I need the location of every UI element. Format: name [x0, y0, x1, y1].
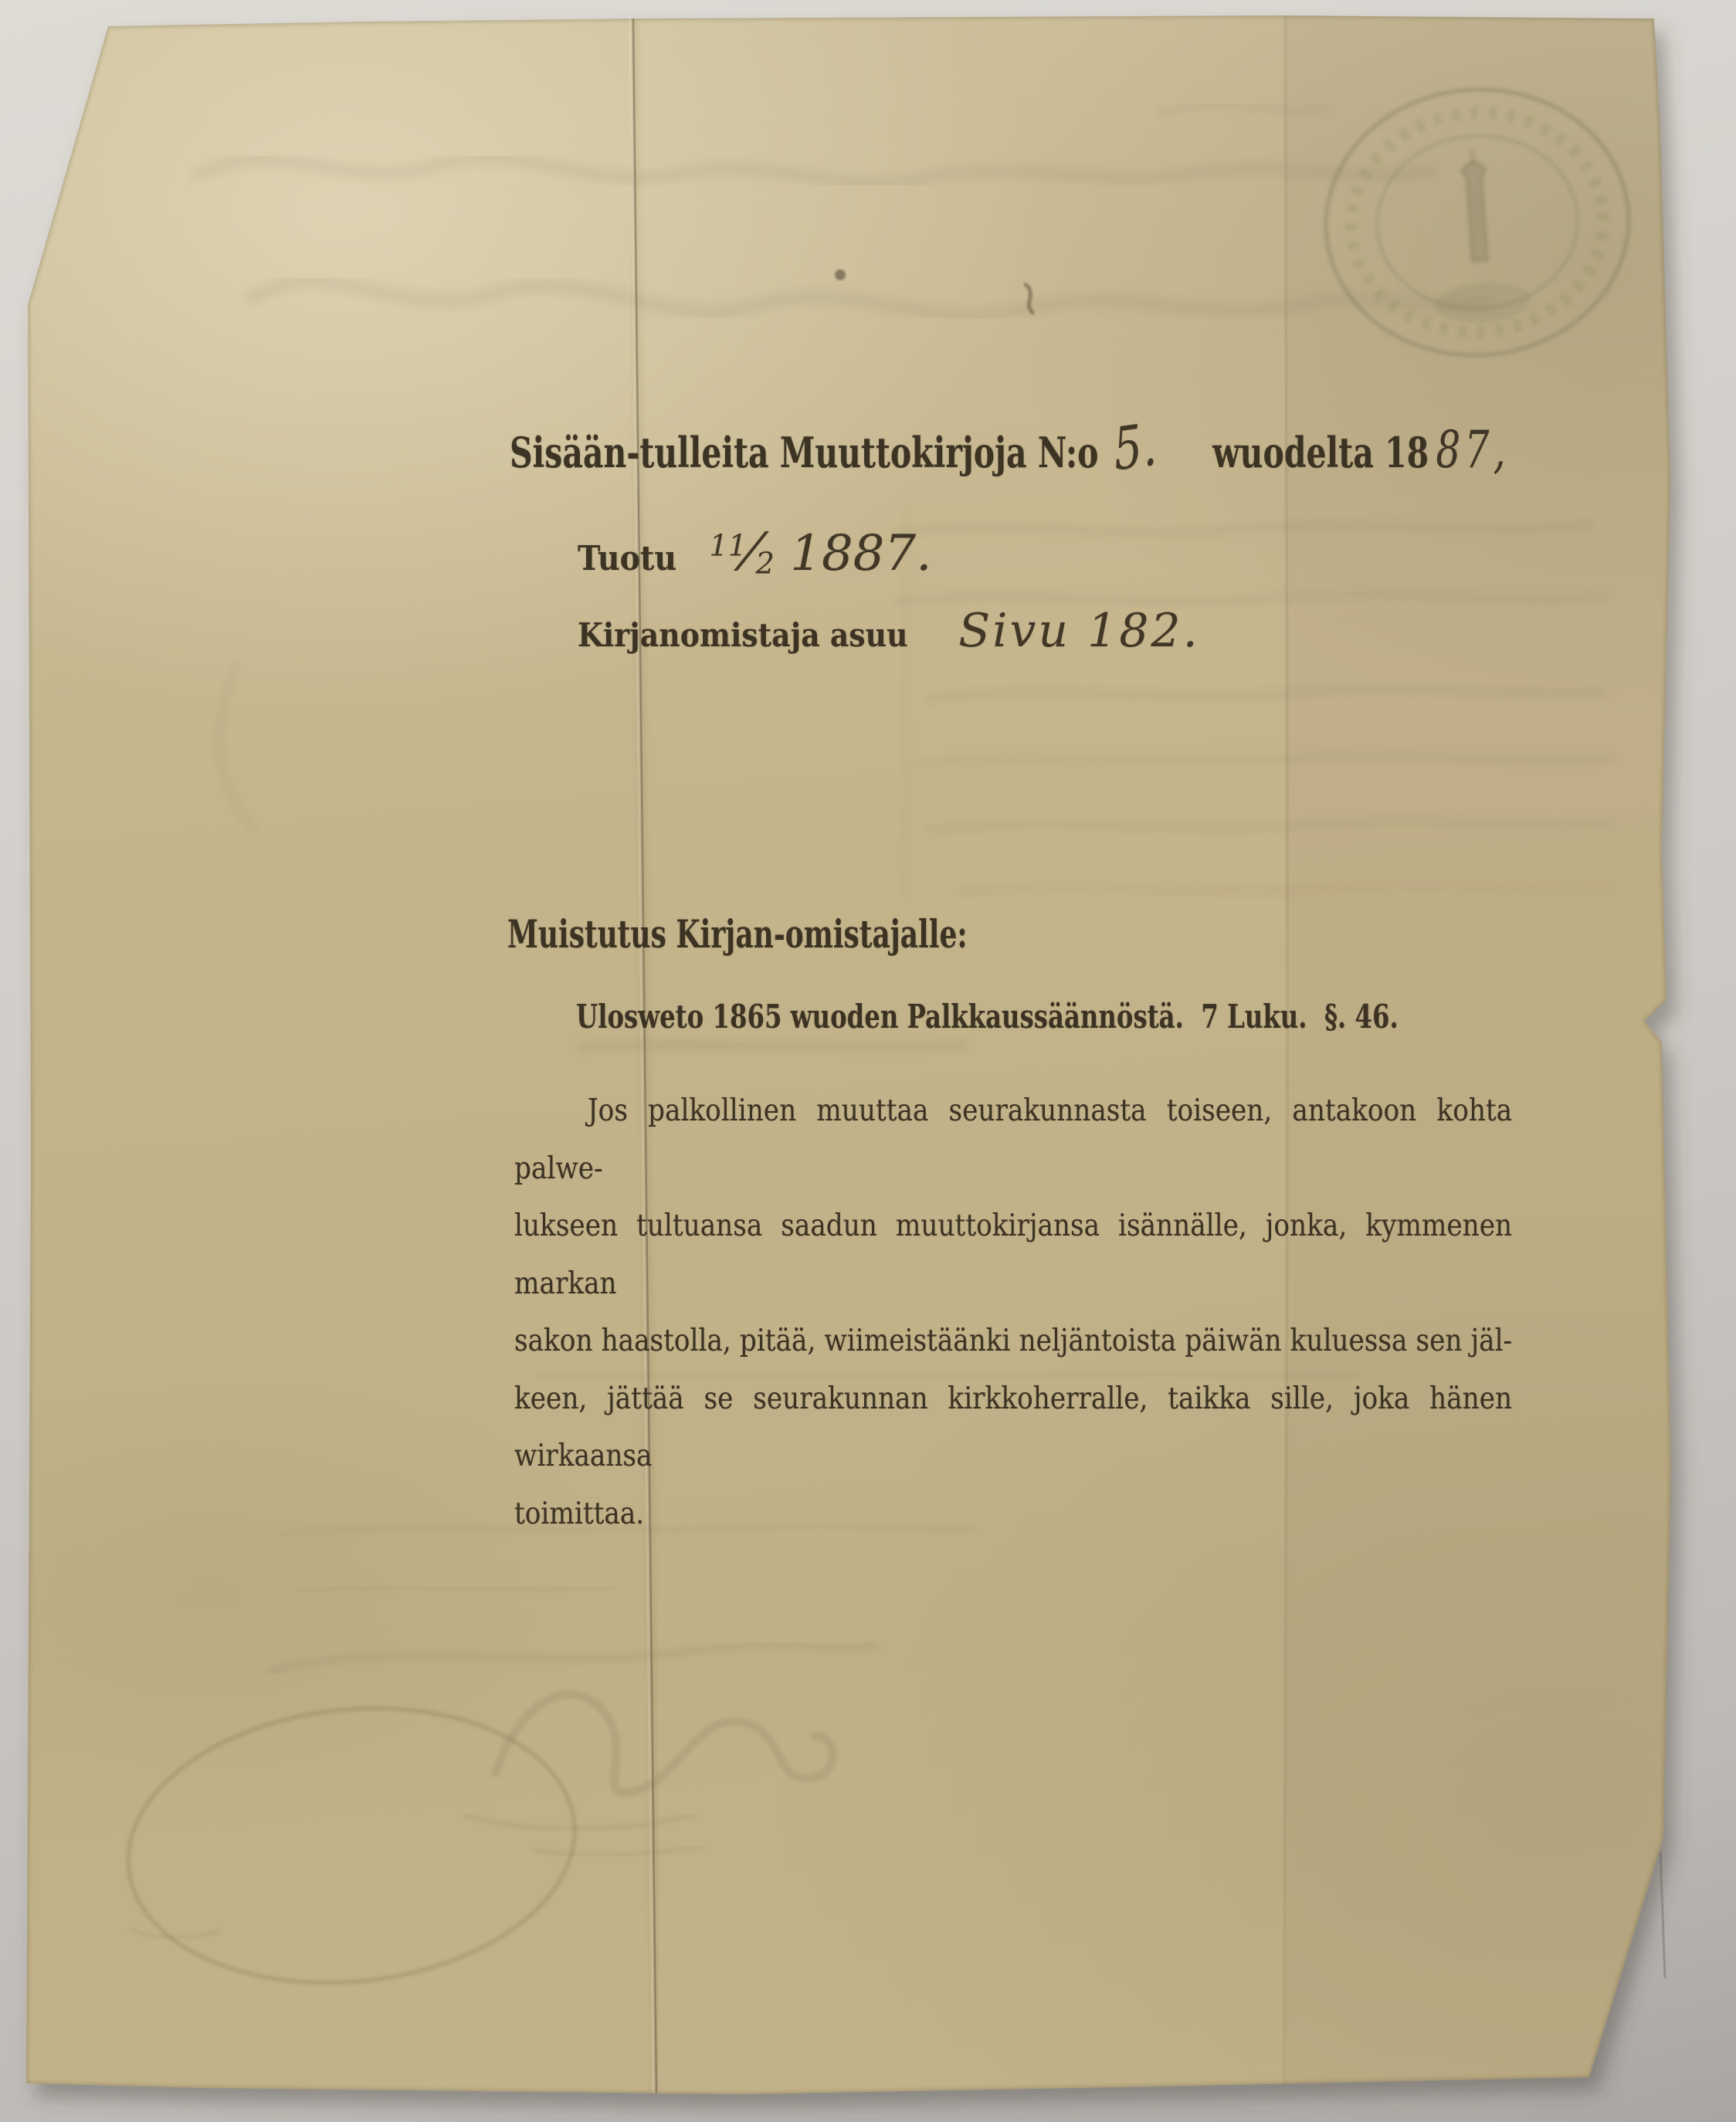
register-title-line: Sisään-tulleita Muuttokirjoja N:o 5. wuo…	[510, 412, 1510, 481]
date-numerator: 11	[709, 529, 747, 564]
received-label: Tuotu	[578, 539, 676, 578]
statute-paragraph: Jos palkollinen muuttaa seurakunnasta to…	[514, 1083, 1512, 1543]
document-sheet: Sisään-tulleita Muuttokirjoja N:o 5. wuo…	[0, 0, 1736, 2122]
received-line: Tuotu 11⁄2 1887.	[578, 522, 931, 582]
paragraph-line: lukseen tultuansa saadun muuttokirjansa …	[514, 1198, 1512, 1313]
paragraph-line: keen, jättää se seurakunnan kirkkoherral…	[514, 1371, 1512, 1486]
statute-reference-line: Ulosweto 1865 wuoden Palkkaussäännöstä. …	[576, 998, 1399, 1036]
paragraph-line: sakon haastolla, pitää, wiimeistäänki ne…	[514, 1313, 1512, 1371]
register-title-printed: Sisään-tulleita Muuttokirjoja N:o	[510, 428, 1098, 477]
owner-page-handwritten: Sivu 182.	[958, 604, 1200, 658]
register-year-printed: wuodelta 18	[1212, 428, 1429, 477]
archival-photo: Sisään-tulleita Muuttokirjoja N:o 5. wuo…	[0, 0, 1736, 2122]
signature-ghost	[494, 1694, 832, 1792]
owner-label: Kirjanomistaja asuu	[578, 616, 908, 654]
book-owner-line: Kirjanomistaja asuu Sivu 182.	[578, 604, 1200, 658]
paragraph-line: toimittaa.	[514, 1486, 1512, 1544]
fraction-slash: ⁄	[747, 522, 755, 582]
paragraph-line: Jos palkollinen muuttaa seurakunnasta to…	[514, 1083, 1512, 1198]
date-year: 1887.	[775, 525, 932, 582]
notice-heading: Muistutus Kirjan-omistajalle:	[507, 911, 968, 957]
received-date-handwritten: 11⁄2 1887.	[709, 522, 931, 582]
year-digits-handwritten: 87,	[1436, 420, 1510, 480]
date-denominator: 2	[755, 547, 774, 581]
entry-number-handwritten: 5.	[1111, 409, 1159, 483]
paper-artifacts	[0, 0, 1736, 2122]
